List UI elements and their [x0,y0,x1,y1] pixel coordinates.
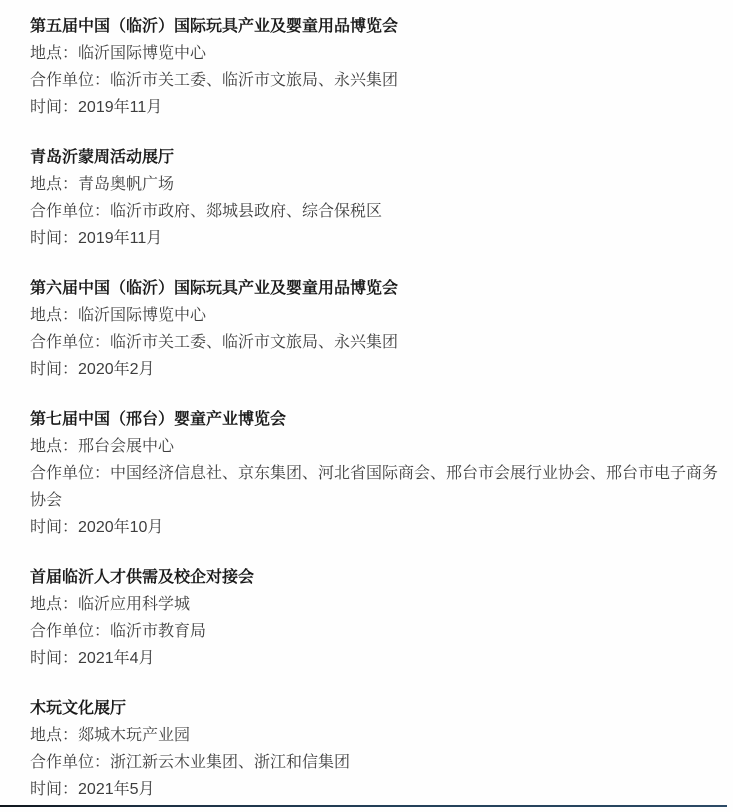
event-partners-line: 合作单位：中国经济信息社、京东集团、河北省国际商会、邢台市会展行业协会、邢台市电… [30,460,720,514]
event-time-line: 时间：2021年5月 [30,776,720,803]
location-label: 地点： [30,438,78,455]
event-time-line: 时间：2019年11月 [30,225,720,252]
event-location-line: 地点：青岛奥帆广场 [30,171,720,198]
event-list: 第五届中国（临沂）国际玩具产业及婴童用品博览会 地点：临沂国际博览中心 合作单位… [0,0,733,803]
partners-label: 合作单位： [30,334,110,351]
event-title: 第六届中国（临沂）国际玩具产业及婴童用品博览会 [30,275,720,302]
time-value: 2019年11月 [78,99,162,116]
location-label: 地点： [30,45,78,62]
location-value: 临沂国际博览中心 [78,45,206,62]
location-label: 地点： [30,307,78,324]
event-title: 第七届中国（邢台）婴童产业博览会 [30,406,720,433]
event-location-line: 地点：郯城木玩产业园 [30,722,720,749]
event-time-line: 时间：2020年10月 [30,514,720,541]
time-value: 2020年2月 [78,361,155,378]
event-location-line: 地点：邢台会展中心 [30,433,720,460]
partners-value: 临沂市政府、郯城县政府、综合保税区 [110,203,382,220]
event-location-line: 地点：临沂应用科学城 [30,591,720,618]
event-time-line: 时间：2019年11月 [30,94,720,121]
event-partners-line: 合作单位：浙江新云木业集团、浙江和信集团 [30,749,720,776]
event-location-line: 地点：临沂国际博览中心 [30,40,720,67]
time-value: 2019年11月 [78,230,162,247]
location-value: 临沂应用科学城 [78,596,190,613]
event-location-line: 地点：临沂国际博览中心 [30,302,720,329]
article-page: 第五届中国（临沂）国际玩具产业及婴童用品博览会 地点：临沂国际博览中心 合作单位… [0,0,733,812]
event-title: 首届临沂人才供需及校企对接会 [30,564,720,591]
time-label: 时间： [30,650,78,667]
location-label: 地点： [30,596,78,613]
location-label: 地点： [30,727,78,744]
partners-label: 合作单位： [30,465,110,482]
location-value: 邢台会展中心 [78,438,174,455]
partners-value: 中国经济信息社、京东集团、河北省国际商会、邢台市会展行业协会、邢台市电子商务协会 [30,465,718,509]
location-value: 临沂国际博览中心 [78,307,206,324]
location-value: 青岛奥帆广场 [78,176,174,193]
partners-label: 合作单位： [30,72,110,89]
event-card-3: 第六届中国（临沂）国际玩具产业及婴童用品博览会 地点：临沂国际博览中心 合作单位… [30,275,720,383]
time-label: 时间： [30,519,78,536]
event-partners-line: 合作单位：临沂市教育局 [30,618,720,645]
time-value: 2021年5月 [78,781,155,798]
time-label: 时间： [30,230,78,247]
bottom-divider-line [0,805,727,807]
event-title: 木玩文化展厅 [30,695,720,722]
partners-label: 合作单位： [30,754,110,771]
time-label: 时间： [30,781,78,798]
event-partners-line: 合作单位：临沂市政府、郯城县政府、综合保税区 [30,198,720,225]
time-label: 时间： [30,99,78,116]
event-time-line: 时间：2021年4月 [30,645,720,672]
partners-value: 临沂市关工委、临沂市文旅局、永兴集团 [110,72,398,89]
partners-value: 临沂市教育局 [110,623,206,640]
location-label: 地点： [30,176,78,193]
event-card-5: 首届临沂人才供需及校企对接会 地点：临沂应用科学城 合作单位：临沂市教育局 时间… [30,564,720,672]
event-partners-line: 合作单位：临沂市关工委、临沂市文旅局、永兴集团 [30,329,720,356]
event-time-line: 时间：2020年2月 [30,356,720,383]
time-value: 2021年4月 [78,650,155,667]
partners-value: 临沂市关工委、临沂市文旅局、永兴集团 [110,334,398,351]
event-card-2: 青岛沂蒙周活动展厅 地点：青岛奥帆广场 合作单位：临沂市政府、郯城县政府、综合保… [30,144,720,252]
event-partners-line: 合作单位：临沂市关工委、临沂市文旅局、永兴集团 [30,67,720,94]
time-label: 时间： [30,361,78,378]
partners-value: 浙江新云木业集团、浙江和信集团 [110,754,350,771]
event-title: 青岛沂蒙周活动展厅 [30,144,720,171]
time-value: 2020年10月 [78,519,163,536]
location-value: 郯城木玩产业园 [78,727,190,744]
event-card-6: 木玩文化展厅 地点：郯城木玩产业园 合作单位：浙江新云木业集团、浙江和信集团 时… [30,695,720,803]
event-card-1: 第五届中国（临沂）国际玩具产业及婴童用品博览会 地点：临沂国际博览中心 合作单位… [30,13,720,121]
event-title: 第五届中国（临沂）国际玩具产业及婴童用品博览会 [30,13,720,40]
event-card-4: 第七届中国（邢台）婴童产业博览会 地点：邢台会展中心 合作单位：中国经济信息社、… [30,406,720,541]
partners-label: 合作单位： [30,623,110,640]
partners-label: 合作单位： [30,203,110,220]
